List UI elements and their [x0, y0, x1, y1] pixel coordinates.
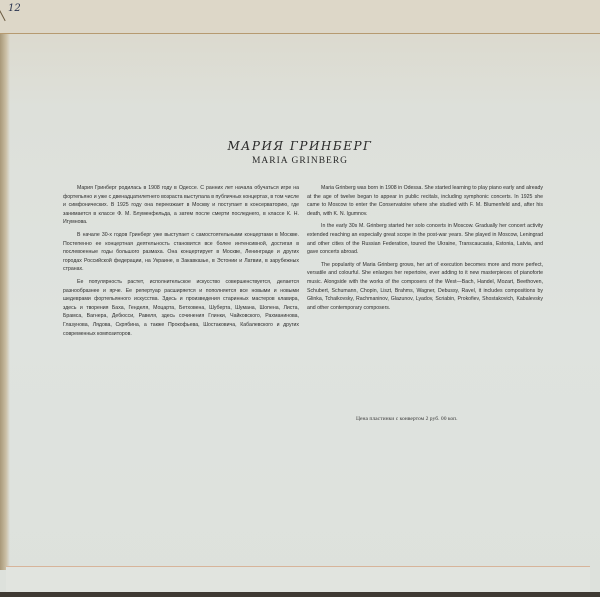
title-english: MARIA GRINBERG	[0, 156, 600, 166]
russian-paragraph: Ее популярность растет, исполнительское …	[63, 278, 299, 338]
bottom-flap	[6, 566, 590, 594]
english-paragraph: The popularity of Maria Grinberg grows, …	[307, 261, 543, 313]
title-russian: МАРИЯ ГРИНБЕРГ	[0, 139, 600, 153]
price-note: Цена пластинки с конвертом 2 руб. 00 коп…	[356, 416, 458, 422]
english-paragraph: Maria Grinberg was born in 1908 in Odess…	[307, 184, 543, 218]
russian-text-column: Мария Гринберг родилась в 1908 году в Од…	[63, 184, 299, 342]
handwritten-page-number: 12	[8, 3, 21, 14]
english-text-column: Maria Grinberg was born in 1908 in Odess…	[307, 184, 543, 316]
record-sleeve-back: 12 МАРИЯ ГРИНБЕРГ MARIA GRINBERG Мария Г…	[0, 0, 600, 597]
russian-paragraph: В начале 30-х годов Гринберг уже выступа…	[63, 231, 299, 274]
russian-paragraph: Мария Гринберг родилась в 1908 году в Од…	[63, 184, 299, 227]
english-paragraph: In the early 30s M. Grinberg started her…	[307, 222, 543, 256]
top-flap: 12	[0, 0, 600, 34]
background-shadow	[0, 592, 600, 597]
worn-left-edge	[0, 30, 10, 570]
